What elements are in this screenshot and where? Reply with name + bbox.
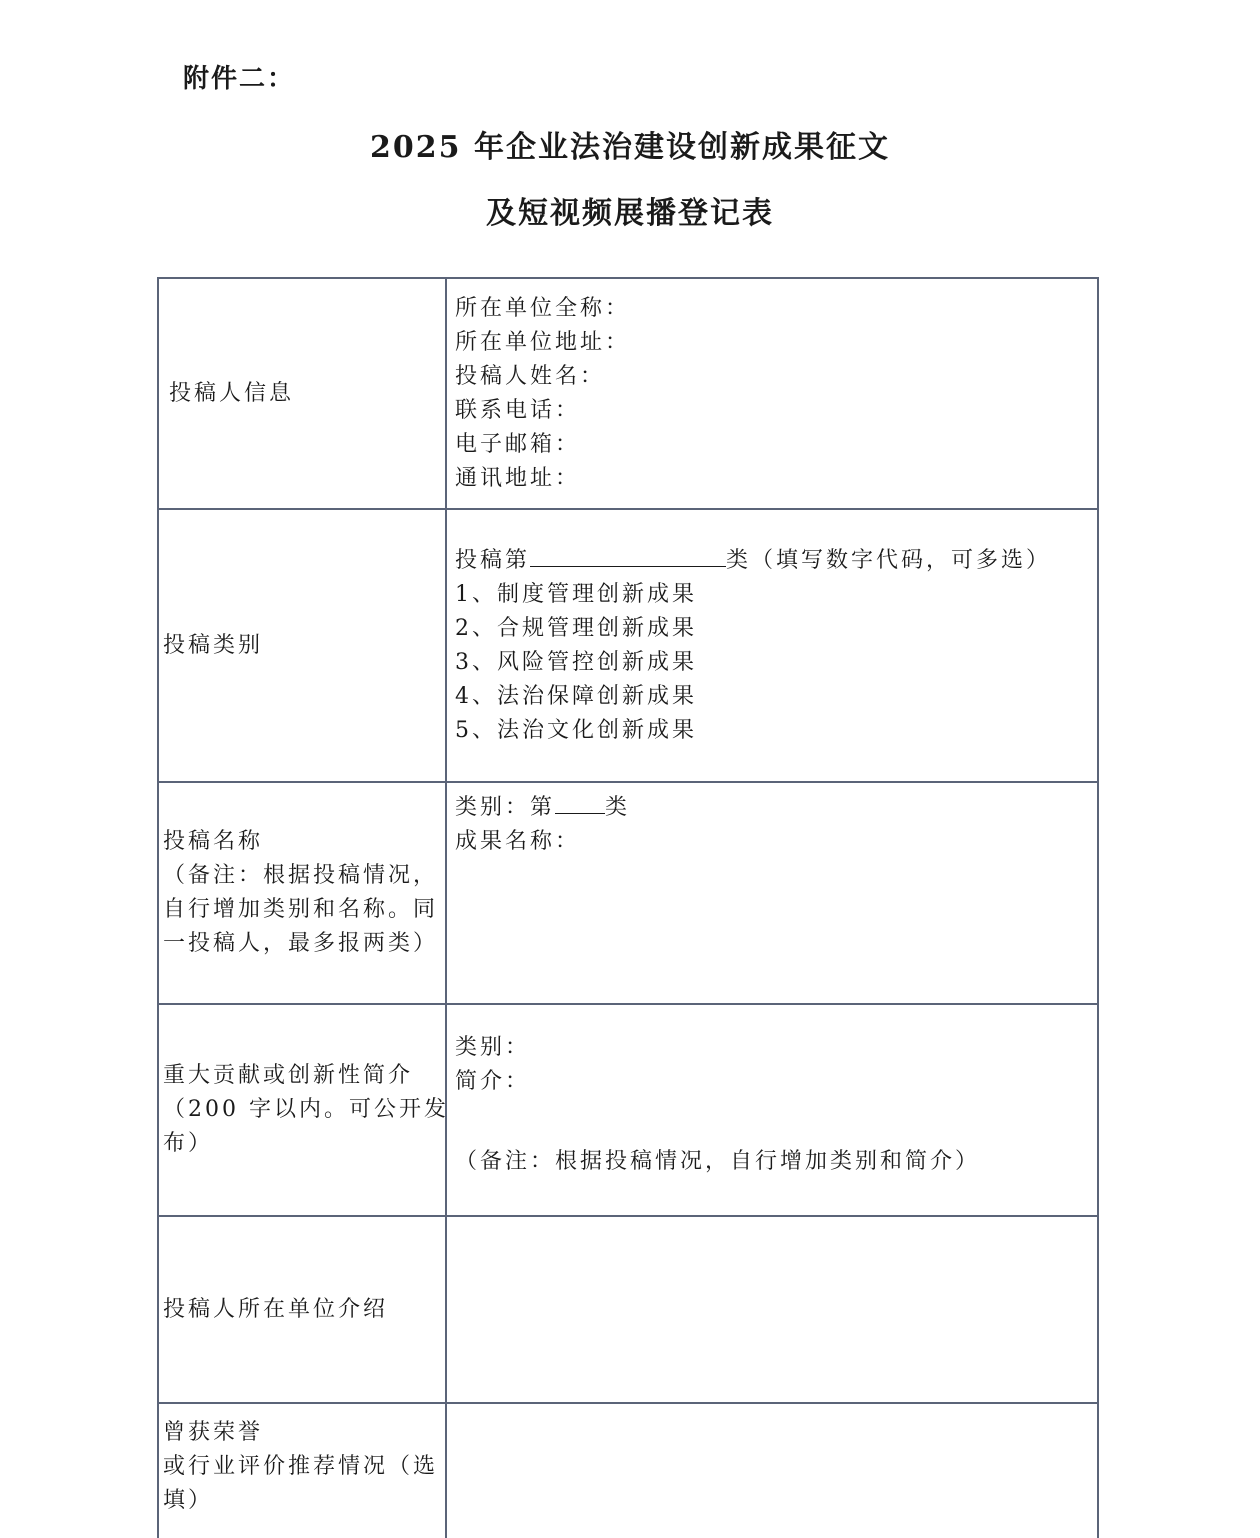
category-suffix: 类 [605, 795, 630, 820]
field-achievement-name[interactable]: 成果名称： [455, 825, 1097, 859]
field-org-address[interactable]: 所在单位地址： [455, 326, 1097, 360]
label-text: 投稿类别 [163, 629, 445, 663]
field-org-full-name[interactable]: 所在单位全称： [455, 292, 1097, 326]
category-option-4: 4、法治保障创新成果 [455, 680, 1097, 714]
label-submitter-info: 投稿人信息 [158, 278, 446, 509]
label-contribution-summary: 重大贡献或创新性简介 （200 字以内。可公开发 布） [158, 1004, 446, 1216]
label-submission-name: 投稿名称 （备注：根据投稿情况， 自行增加类别和名称。同 一投稿人，最多报两类） [158, 782, 446, 1004]
label-note: （备注：根据投稿情况， [163, 859, 445, 893]
submitter-info-fields[interactable]: 所在单位全称： 所在单位地址： 投稿人姓名： 联系电话： 电子邮箱： 通讯地址： [446, 278, 1098, 509]
category-option-2: 2、合规管理创新成果 [455, 612, 1097, 646]
org-intro-field[interactable] [446, 1216, 1098, 1403]
field-phone[interactable]: 联系电话： [455, 394, 1097, 428]
summary-note: （备注：根据投稿情况，自行增加类别和简介） [455, 1145, 1097, 1179]
table-row-submission-name: 投稿名称 （备注：根据投稿情况， 自行增加类别和名称。同 一投稿人，最多报两类）… [158, 782, 1098, 1004]
submission-category-line: 类别：第类 [455, 791, 1097, 825]
category-selection-line: 投稿第类（填写数字代码，可多选） [455, 544, 1097, 578]
category-field: 投稿第类（填写数字代码，可多选） 1、制度管理创新成果 2、合规管理创新成果 3… [446, 509, 1098, 782]
table-row-honors: 曾获荣誉 或行业评价推荐情况（选 填） [158, 1403, 1098, 1538]
label-text: 投稿人信息 [163, 377, 445, 411]
label-org-intro: 投稿人所在单位介绍 [158, 1216, 446, 1403]
spacer [455, 1099, 1097, 1145]
label-honors: 曾获荣誉 或行业评价推荐情况（选 填） [158, 1403, 446, 1538]
contribution-summary-field[interactable]: 类别： 简介： （备注：根据投稿情况，自行增加类别和简介） [446, 1004, 1098, 1216]
attachment-label: 附件二： [183, 58, 295, 95]
document-title-line1: 2025 年企业法治建设创新成果征文 [0, 122, 1260, 166]
category-option-1: 1、制度管理创新成果 [455, 578, 1097, 612]
label-note: （200 字以内。可公开发 [163, 1093, 445, 1127]
table-row-contribution-summary: 重大贡献或创新性简介 （200 字以内。可公开发 布） 类别： 简介： （备注：… [158, 1004, 1098, 1216]
field-submitter-name[interactable]: 投稿人姓名： [455, 360, 1097, 394]
label-text: 投稿名称 [163, 825, 445, 859]
label-text: 投稿人所在单位介绍 [163, 1293, 445, 1327]
table-row-submitter-info: 投稿人信息 所在单位全称： 所在单位地址： 投稿人姓名： 联系电话： 电子邮箱：… [158, 278, 1098, 509]
field-summary-text[interactable]: 简介： [455, 1065, 1097, 1099]
label-text: 填） [163, 1484, 445, 1518]
field-summary-category[interactable]: 类别： [455, 1031, 1097, 1065]
label-category: 投稿类别 [158, 509, 446, 782]
registration-form-table: 投稿人信息 所在单位全称： 所在单位地址： 投稿人姓名： 联系电话： 电子邮箱：… [157, 277, 1099, 1538]
field-mailing-address[interactable]: 通讯地址： [455, 462, 1097, 496]
category-number-blank[interactable] [555, 791, 605, 814]
field-email[interactable]: 电子邮箱： [455, 428, 1097, 462]
label-note: 自行增加类别和名称。同 [163, 893, 445, 927]
label-text: 曾获荣誉 [163, 1416, 445, 1450]
submission-name-field: 类别：第类 成果名称： [446, 782, 1098, 1004]
label-note: 布） [163, 1127, 445, 1161]
category-prefix: 类别：第 [455, 795, 555, 820]
category-prefix: 投稿第 [455, 548, 530, 573]
label-note: 一投稿人，最多报两类） [163, 927, 445, 961]
document-title-line2: 及短视频展播登记表 [0, 188, 1260, 232]
category-option-3: 3、风险管控创新成果 [455, 646, 1097, 680]
category-code-blank[interactable] [530, 544, 726, 567]
table-row-org-intro: 投稿人所在单位介绍 [158, 1216, 1098, 1403]
category-suffix: 类（填写数字代码，可多选） [726, 548, 1051, 573]
label-text: 重大贡献或创新性简介 [163, 1059, 445, 1093]
label-text: 或行业评价推荐情况（选 [163, 1450, 445, 1484]
category-option-5: 5、法治文化创新成果 [455, 714, 1097, 748]
honors-field[interactable] [446, 1403, 1098, 1538]
table-row-category: 投稿类别 投稿第类（填写数字代码，可多选） 1、制度管理创新成果 2、合规管理创… [158, 509, 1098, 782]
